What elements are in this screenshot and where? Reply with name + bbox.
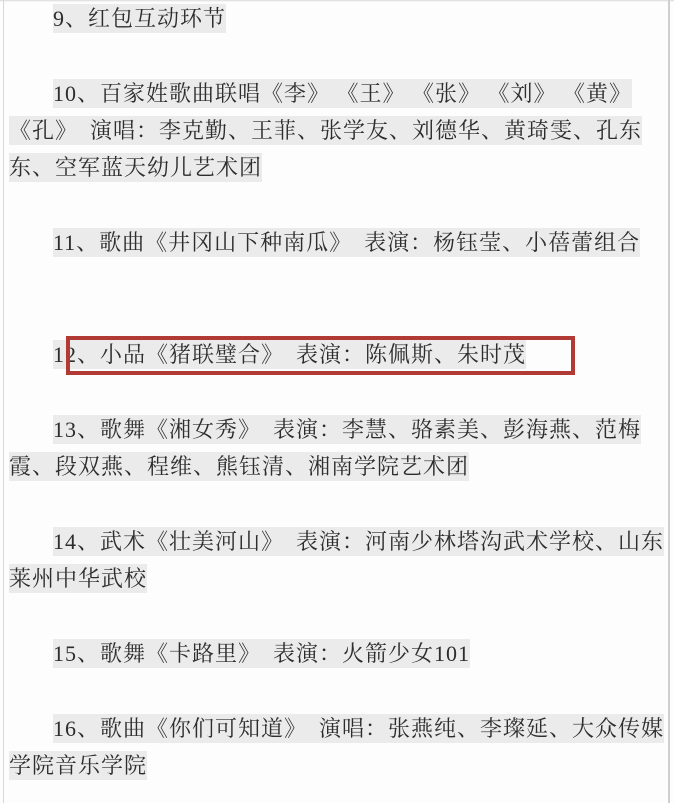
program-item-14: 14、武术《壮美河山》 表演：河南少林塔沟武术学校、山东莱州中华武校 <box>9 523 666 597</box>
program-item-text: 14、武术《壮美河山》 表演：河南少林塔沟武术学校、山东莱州中华武校 <box>9 527 664 593</box>
program-item-12: 12、小品《猪联璧合》 表演：陈佩斯、朱时茂 <box>9 336 666 373</box>
page-left-edge-line <box>3 0 4 803</box>
program-item-text: 16、歌曲《你们可知道》 演唱：张燕纯、李璨延、大众传媒学院音乐学院 <box>9 714 664 780</box>
program-document: 9、红包互动环节 10、百家姓歌曲联唱《李》 《王》 《张》 《刘》 《黄》 《… <box>0 0 674 803</box>
page-right-edge-line <box>668 0 670 803</box>
program-item-text: 15、歌舞《卡路里》 表演：火箭少女101 <box>53 639 470 668</box>
program-item-9: 9、红包互动环节 <box>9 0 666 37</box>
program-item-11: 11、歌曲《井冈山下种南瓜》 表演：杨钰莹、小蓓蕾组合 <box>9 224 666 261</box>
program-item-text: 13、歌舞《湘女秀》 表演：李慧、骆素美、彭海燕、范梅霞、段双燕、程维、熊钰清、… <box>9 415 641 481</box>
program-item-13: 13、歌舞《湘女秀》 表演：李慧、骆素美、彭海燕、范梅霞、段双燕、程维、熊钰清、… <box>9 411 666 485</box>
program-item-15: 15、歌舞《卡路里》 表演：火箭少女101 <box>9 635 666 672</box>
program-item-text: 9、红包互动环节 <box>53 4 226 33</box>
program-item-text: 11、歌曲《井冈山下种南瓜》 表演：杨钰莹、小蓓蕾组合 <box>53 228 640 257</box>
program-item-text: 12、小品《猪联璧合》 表演：陈佩斯、朱时茂 <box>53 340 526 369</box>
program-item-16: 16、歌曲《你们可知道》 演唱：张燕纯、李璨延、大众传媒学院音乐学院 <box>9 710 666 784</box>
program-item-10: 10、百家姓歌曲联唱《李》 《王》 《张》 《刘》 《黄》 《孔》 演唱：李克勤… <box>9 75 666 186</box>
program-item-text: 10、百家姓歌曲联唱《李》 《王》 《张》 《刘》 《黄》 《孔》 演唱：李克勤… <box>9 79 642 182</box>
